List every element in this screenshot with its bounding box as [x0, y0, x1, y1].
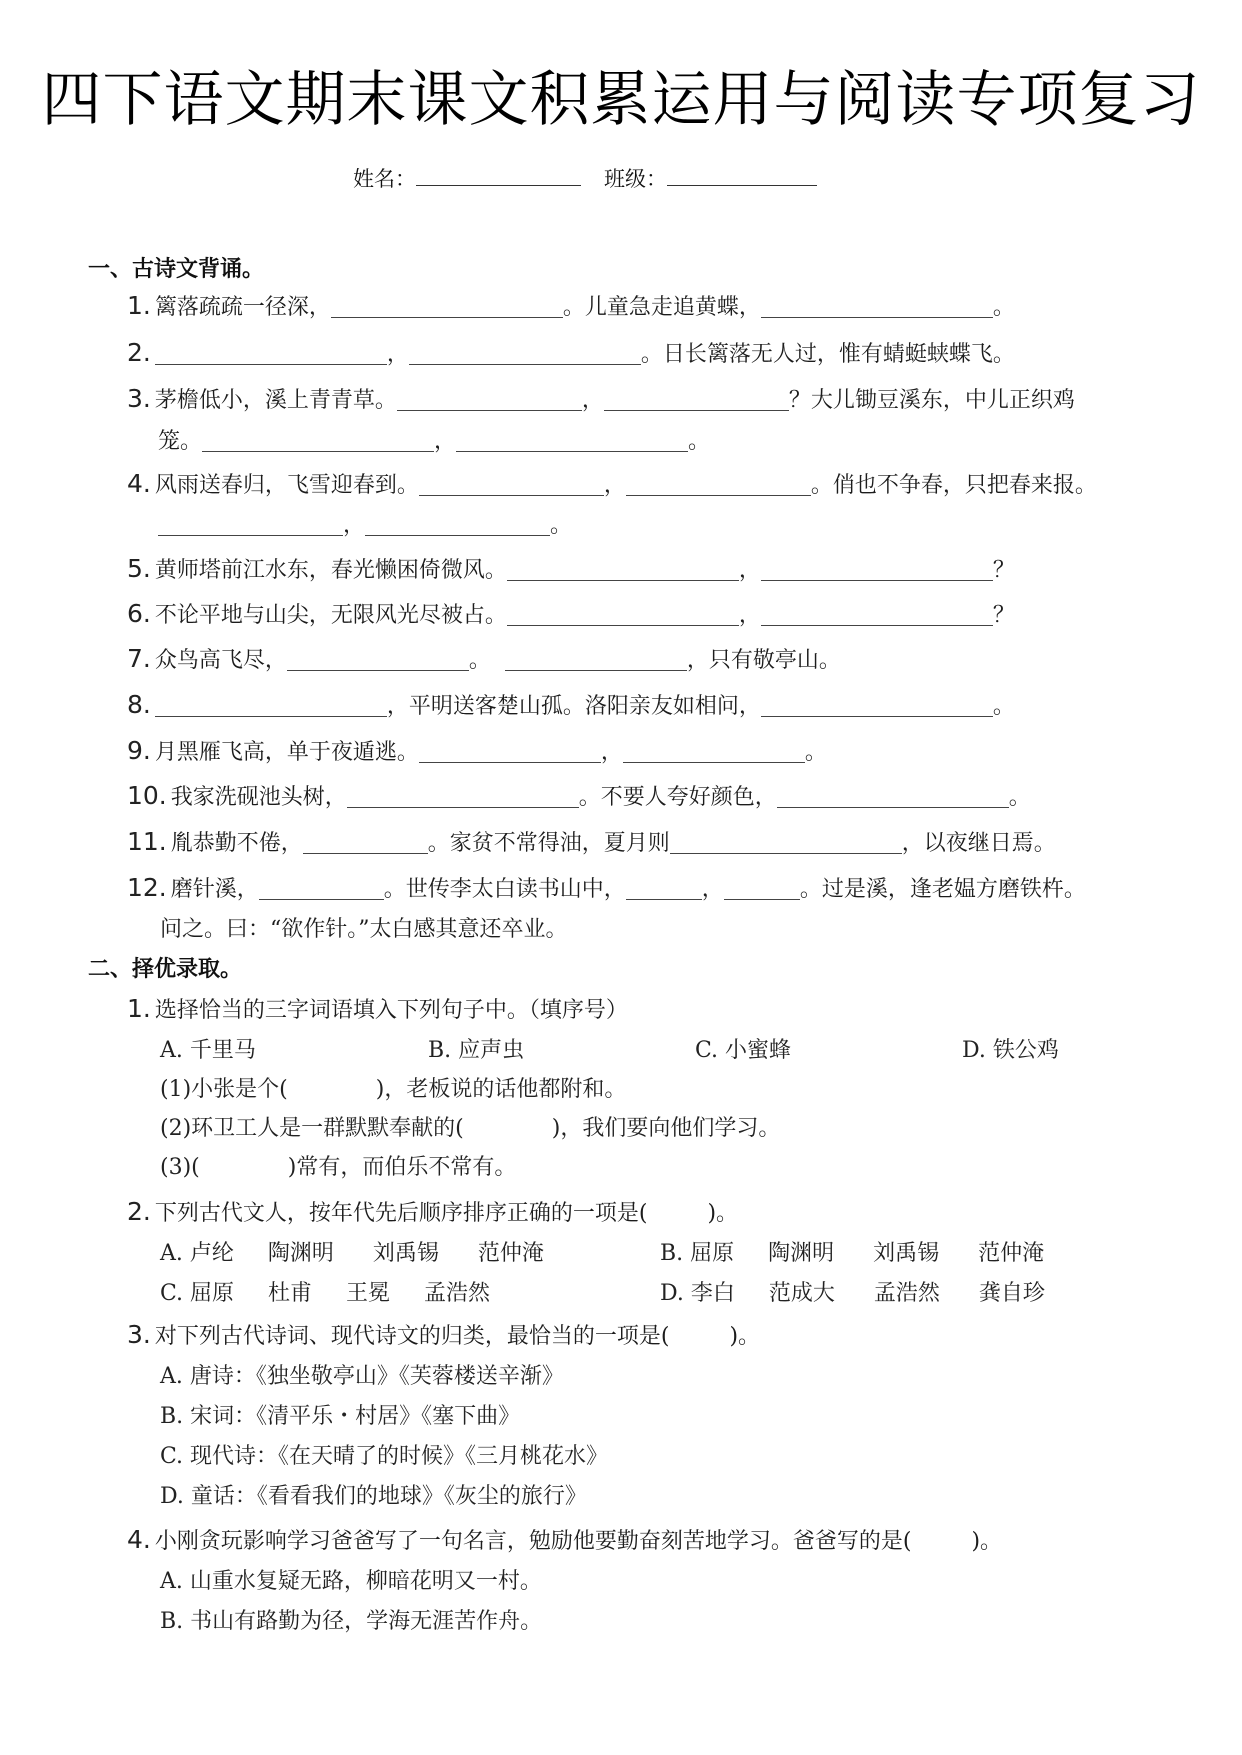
item-number: 1. [127, 291, 151, 320]
choice-q1-sentence-3: (3)()常有，而伯乐不常有。 [160, 1150, 516, 1181]
text: 。儿童急走追黄蝶， [563, 295, 761, 320]
text: )常有，而伯乐不常有。 [288, 1155, 517, 1180]
answer-blank[interactable] [761, 297, 993, 318]
item-number: 7. [127, 644, 151, 673]
item-number: 10. [127, 781, 167, 810]
text: 对下列古代诗词、现代诗文的归类，最恰当的一项是( [155, 1324, 670, 1349]
text: 不论平地与山尖，无限风光尽被占。 [155, 603, 507, 628]
choice-q1-sentence-2: (2)环卫工人是一群默默奉献的()，我们要向他们学习。 [160, 1111, 780, 1142]
answer-blank[interactable] [365, 515, 550, 536]
answer-blank[interactable] [155, 344, 387, 365]
answer-blank[interactable] [761, 560, 993, 581]
option-name: 刘禹锡 [873, 1236, 978, 1267]
item-number: 12. [127, 873, 167, 902]
text: (1)小张是个( [160, 1077, 288, 1102]
class-label: 班级： [604, 167, 667, 191]
text: ， [739, 558, 761, 583]
answer-blank[interactable] [331, 297, 563, 318]
name-label: 姓名： [353, 167, 416, 191]
item-number: 8. [127, 690, 151, 719]
text: 。 [1009, 785, 1031, 810]
item-number: 4. [127, 469, 151, 498]
option-label: C. [160, 1281, 183, 1306]
option-name: 刘禹锡 [373, 1236, 478, 1267]
choice-q3-stem: 3.对下列古代诗词、现代诗文的归类，最恰当的一项是()。 [127, 1319, 760, 1350]
class-blank[interactable] [667, 184, 817, 186]
page-title: 四下语文期末课文积累运用与阅读专项复习 [0, 52, 1242, 138]
poem-item-4-cont: ，。 [158, 508, 572, 539]
option-name: 王冕 [346, 1276, 424, 1307]
text: 黄师塔前江水东，春光懒困倚微风。 [155, 558, 507, 583]
text: 。不要人夸好颜色， [579, 785, 777, 810]
text: 小刚贪玩影响学习爸爸写了一句名言，勉励他要勤奋刻苦地学习。爸爸写的是( [155, 1529, 912, 1554]
text: 众鸟高飞尽， [155, 648, 287, 673]
answer-blank[interactable] [303, 833, 428, 854]
text: ，只有敬亭山。 [687, 648, 841, 673]
section-heading-2: 二、择优录取。 [88, 952, 242, 983]
poem-item-10: 10.我家洗砚池头树，。不要人夸好颜色，。 [127, 780, 1031, 811]
option-name: 孟浩然 [424, 1281, 490, 1306]
text: 笼。 [158, 429, 202, 454]
option-name: 屈原 [690, 1236, 768, 1267]
option-name: 陶渊明 [268, 1236, 373, 1267]
text: 。 [993, 295, 1015, 320]
choice-q2-stem: 2.下列古代文人，按年代先后顺序排序正确的一项是()。 [127, 1196, 738, 1227]
item-number: 5. [127, 554, 151, 583]
option-name: 卢纶 [190, 1236, 268, 1267]
text: (3)( [160, 1155, 200, 1180]
text: 胤恭勤不倦， [171, 831, 303, 856]
choice-q3-option-d: D. 童话：《看看我们的地球》《灰尘的旅行》 [160, 1479, 587, 1510]
text: 下列古代文人，按年代先后顺序排序正确的一项是( [155, 1201, 648, 1226]
item-number: 11. [127, 827, 167, 856]
poem-item-5: 5.黄师塔前江水东，春光懒困倚微风。，？ [127, 553, 1015, 584]
text: 。 [688, 429, 710, 454]
option-name: 龚自珍 [979, 1281, 1045, 1306]
text: 。 [805, 740, 827, 765]
text: 。过是溪，逢老媪方磨铁杵。 [800, 877, 1086, 902]
poem-item-1: 1.篱落疏疏一径深，。儿童急走追黄蝶，。 [127, 290, 1015, 321]
name-blank[interactable] [416, 184, 581, 186]
text: )，老板说的话他都附和。 [376, 1077, 627, 1102]
text: )。 [971, 1529, 1002, 1554]
answer-blank[interactable] [397, 390, 582, 411]
option-name: 范成大 [769, 1276, 874, 1307]
text: ， [387, 342, 409, 367]
choice-q3-option-b: B. 宋词：《清平乐・村居》《塞下曲》 [160, 1399, 520, 1430]
choice-q1-option-c: C. 小蜜蜂 [695, 1033, 791, 1064]
choice-q1-sentence-1: (1)小张是个()，老板说的话他都附和。 [160, 1072, 626, 1103]
text: ？大儿锄豆溪东，中儿正织鸡 [789, 388, 1075, 413]
poem-item-3-cont: 笼。，。 [158, 424, 710, 455]
text: 磨针溪， [171, 877, 259, 902]
text: ， [343, 513, 365, 538]
answer-blank[interactable] [724, 879, 800, 900]
item-number: 4. [127, 1525, 151, 1554]
poem-item-11: 11.胤恭勤不倦，。家贫不常得油，夏月则，以夜继日焉。 [127, 826, 1056, 857]
answer-blank[interactable] [507, 605, 739, 626]
text: )。 [729, 1324, 760, 1349]
text: ？ [993, 558, 1015, 583]
text: ， [739, 603, 761, 628]
answer-blank[interactable] [409, 344, 641, 365]
text: 篱落疏疏一径深， [155, 295, 331, 320]
choice-q1-option-d: D. 铁公鸡 [962, 1033, 1059, 1064]
choice-q2-option-a: A. 卢纶陶渊明刘禹锡范仲淹 [160, 1236, 544, 1267]
text: 。 [993, 694, 1015, 719]
option-label: D. [660, 1281, 684, 1306]
answer-blank[interactable] [626, 879, 702, 900]
answer-blank[interactable] [456, 431, 688, 452]
answer-blank[interactable] [507, 560, 739, 581]
text: ， [702, 877, 724, 902]
answer-blank[interactable] [155, 696, 387, 717]
name-field-row: 姓名： [353, 163, 581, 193]
text: 。家贫不常得油，夏月则 [428, 831, 670, 856]
text: ， [582, 388, 604, 413]
answer-blank[interactable] [670, 833, 902, 854]
answer-blank[interactable] [158, 515, 343, 536]
choice-q2-option-b: B. 屈原陶渊明刘禹锡范仲淹 [660, 1236, 1044, 1267]
option-label: B. [660, 1241, 683, 1266]
text: 选择恰当的三字词语填入下列句子中。（填序号） [155, 998, 628, 1023]
choice-q2-option-d: D. 李白范成大孟浩然龚自珍 [660, 1276, 1045, 1307]
text: ？ [993, 603, 1015, 628]
text: ， [604, 473, 626, 498]
choice-q4-option-b: B. 书山有路勤为径，学海无涯苦作舟。 [160, 1604, 542, 1635]
text: 月黑雁飞高，单于夜遁逃。 [155, 740, 419, 765]
answer-blank[interactable] [761, 605, 993, 626]
poem-item-7: 7.众鸟高飞尽，。，只有敬亭山。 [127, 643, 841, 674]
class-field-row: 班级： [604, 163, 817, 193]
text: ， [434, 429, 456, 454]
text: ， [601, 740, 623, 765]
answer-blank[interactable] [259, 879, 384, 900]
text: 。 [469, 648, 491, 673]
answer-blank[interactable] [347, 787, 579, 808]
text: 。日长篱落无人过，惟有蜻蜓蛱蝶飞。 [641, 342, 1015, 367]
option-name: 陶渊明 [768, 1236, 873, 1267]
choice-q3-option-c: C. 现代诗：《在天晴了的时候》《三月桃花水》 [160, 1439, 608, 1470]
text: ，平明送客楚山孤。洛阳亲友如相问， [387, 694, 761, 719]
poem-item-4: 4.风雨送春归，飞雪迎春到。，。俏也不争春，只把春来报。 [127, 468, 1097, 499]
item-number: 1. [127, 994, 151, 1023]
poem-item-2: 2.，。日长篱落无人过，惟有蜻蜓蛱蝶飞。 [127, 337, 1015, 368]
text: )，我们要向他们学习。 [552, 1116, 781, 1141]
answer-blank[interactable] [419, 742, 601, 763]
answer-blank[interactable] [604, 390, 789, 411]
item-number: 2. [127, 338, 151, 367]
poem-item-12-cont: 问之。曰：“欲作针。”太白感其意还卒业。 [160, 912, 568, 943]
choice-q1-option-b: B. 应声虫 [428, 1033, 524, 1064]
poem-item-6: 6.不论平地与山尖，无限风光尽被占。，？ [127, 598, 1015, 629]
choice-q1-stem: 1.选择恰当的三字词语填入下列句子中。（填序号） [127, 993, 628, 1024]
item-number: 3. [127, 384, 151, 413]
answer-blank[interactable] [202, 431, 434, 452]
item-number: 3. [127, 1320, 151, 1349]
item-number: 2. [127, 1197, 151, 1226]
option-name: 李白 [691, 1276, 769, 1307]
answer-blank[interactable] [777, 787, 1009, 808]
answer-blank[interactable] [626, 475, 811, 496]
choice-q4-stem: 4.小刚贪玩影响学习爸爸写了一句名言，勉励他要勤奋刻苦地学习。爸爸写的是()。 [127, 1524, 1002, 1555]
choice-q2-option-c: C. 屈原杜甫王冕孟浩然 [160, 1276, 490, 1307]
text: 。俏也不争春，只把春来报。 [811, 473, 1097, 498]
text: 问之。曰：“欲作针。”太白感其意还卒业。 [160, 917, 568, 942]
choice-q1-option-a: A. 千里马 [160, 1033, 256, 1064]
text: ，以夜继日焉。 [902, 831, 1056, 856]
poem-item-9: 9.月黑雁飞高，单于夜遁逃。，。 [127, 735, 827, 766]
text: 我家洗砚池头树， [171, 785, 347, 810]
poem-item-8: 8.，平明送客楚山孤。洛阳亲友如相问，。 [127, 689, 1015, 720]
choice-q4-option-a: A. 山重水复疑无路，柳暗花明又一村。 [160, 1564, 542, 1595]
text: 茅檐低小，溪上青青草。 [155, 388, 397, 413]
answer-blank[interactable] [623, 742, 805, 763]
item-number: 9. [127, 736, 151, 765]
text: )。 [707, 1201, 738, 1226]
choice-q3-option-a: A. 唐诗：《独坐敬亭山》《芙蓉楼送辛渐》 [160, 1359, 564, 1390]
answer-blank[interactable] [419, 475, 604, 496]
section-heading-1: 一、古诗文背诵。 [88, 252, 264, 283]
answer-blank[interactable] [505, 650, 687, 671]
option-name: 杜甫 [268, 1276, 346, 1307]
poem-item-3: 3.茅檐低小，溪上青青草。，？大儿锄豆溪东，中儿正织鸡 [127, 383, 1075, 414]
answer-blank[interactable] [287, 650, 469, 671]
answer-blank[interactable] [761, 696, 993, 717]
text: 风雨送春归，飞雪迎春到。 [155, 473, 419, 498]
text: (2)环卫工人是一群默默奉献的( [160, 1116, 464, 1141]
option-label: A. [160, 1241, 183, 1266]
text: 。世传李太白读书山中， [384, 877, 626, 902]
option-name: 范仲淹 [978, 1241, 1044, 1266]
text: 。 [550, 513, 572, 538]
option-name: 范仲淹 [478, 1241, 544, 1266]
poem-item-12: 12.磨针溪，。世传李太白读书山中，，。过是溪，逢老媪方磨铁杵。 [127, 872, 1086, 903]
option-name: 屈原 [190, 1276, 268, 1307]
item-number: 6. [127, 599, 151, 628]
option-name: 孟浩然 [874, 1276, 979, 1307]
